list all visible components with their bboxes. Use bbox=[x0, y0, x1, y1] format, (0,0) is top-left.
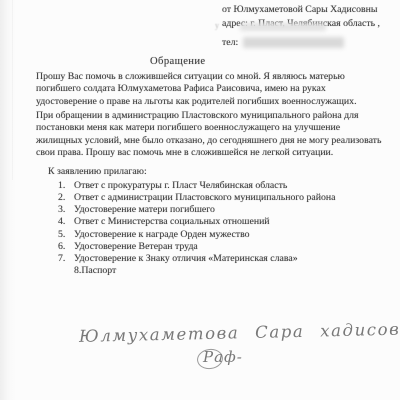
list-item-text: Удостоверение к награде Орден мужество bbox=[74, 229, 250, 241]
scan-speck: y bbox=[215, 21, 220, 29]
attachments-heading: К заявлению прилагаю: bbox=[48, 166, 147, 177]
sender-from: от Юлмухаметовой Сары Хадисовны bbox=[222, 3, 380, 17]
paragraph-2-line: жилищных условий, мне было отказано, до … bbox=[36, 135, 381, 147]
scanned-letter-page: от Юлмухаметовой Сары Хадисовны адрес: г… bbox=[0, 0, 400, 400]
handwritten-signature-name: Юлмухаметова Сара хадисовна bbox=[79, 319, 400, 346]
redaction-smudge bbox=[240, 23, 326, 31]
scan-edge-shade bbox=[0, 0, 16, 400]
document-title: Обращение bbox=[150, 56, 206, 67]
attachments-list: 1. Ответ с прокуратуры г. Пласт Челябинс… bbox=[58, 180, 336, 265]
phone-label: тел: bbox=[222, 36, 238, 50]
signature-flourish: Раф- bbox=[203, 348, 243, 366]
paragraph-1-line: удостоверение о праве на льготы как роди… bbox=[36, 96, 357, 108]
list-item-text: Ответ с администрации Пластовского муниц… bbox=[74, 192, 336, 204]
paragraph-1-line: погибшего солдата Юлмухаметова Рафиса Ра… bbox=[36, 83, 357, 95]
list-item-number: 5. bbox=[58, 229, 68, 241]
list-item: 6. Удостоверение Ветеран труда bbox=[58, 241, 336, 253]
paragraph-2-line: постановки меня как матери погибшего вое… bbox=[36, 122, 381, 134]
list-item: 3. Удостоверение матери погибшего bbox=[58, 204, 336, 216]
list-item-text: Удостоверение к Знаку отличия «Материнск… bbox=[74, 253, 298, 265]
paragraph-2-line: свои права. Прошу вас помочь мне в сложи… bbox=[36, 147, 381, 159]
list-item-text: Ответ с Министерства социальных отношени… bbox=[74, 216, 270, 228]
list-item-text: Удостоверение Ветеран труда bbox=[74, 241, 198, 253]
list-item-number: 1. bbox=[58, 180, 68, 192]
paragraph-2: При обращении в администрацию Пластовско… bbox=[36, 110, 381, 160]
sender-phone-row: тел: bbox=[222, 36, 380, 50]
list-item: 5. Удостоверение к награде Орден мужеств… bbox=[58, 229, 336, 241]
phone-redaction-blur bbox=[243, 37, 344, 48]
list-item-number: 7. bbox=[58, 253, 68, 265]
paragraph-2-line: При обращении в администрацию Пластовско… bbox=[36, 110, 381, 122]
list-item: 2. Ответ с администрации Пластовского му… bbox=[58, 192, 336, 204]
list-item-number: 3. bbox=[58, 204, 68, 216]
list-item: 1. Ответ с прокуратуры г. Пласт Челябинс… bbox=[58, 180, 336, 192]
list-item-number: 4. bbox=[58, 216, 68, 228]
list-item-8: 8.Паспорт bbox=[74, 265, 116, 276]
list-item: 7. Удостоверение к Знаку отличия «Матери… bbox=[58, 253, 336, 265]
list-item-number: 6. bbox=[58, 241, 68, 253]
list-item-text: Удостоверение матери погибшего bbox=[74, 204, 215, 216]
paragraph-1-line: Прошу Вас помочь в сложившейся ситуации … bbox=[36, 71, 357, 83]
list-item: 4. Ответ с Министерства социальных отнош… bbox=[58, 216, 336, 228]
list-item-text: Ответ с прокуратуры г. Пласт Челябинская… bbox=[74, 180, 287, 192]
list-item-number: 2. bbox=[58, 192, 68, 204]
paragraph-1: Прошу Вас помочь в сложившейся ситуации … bbox=[36, 71, 357, 108]
scan-artifact-line bbox=[12, 0, 13, 180]
